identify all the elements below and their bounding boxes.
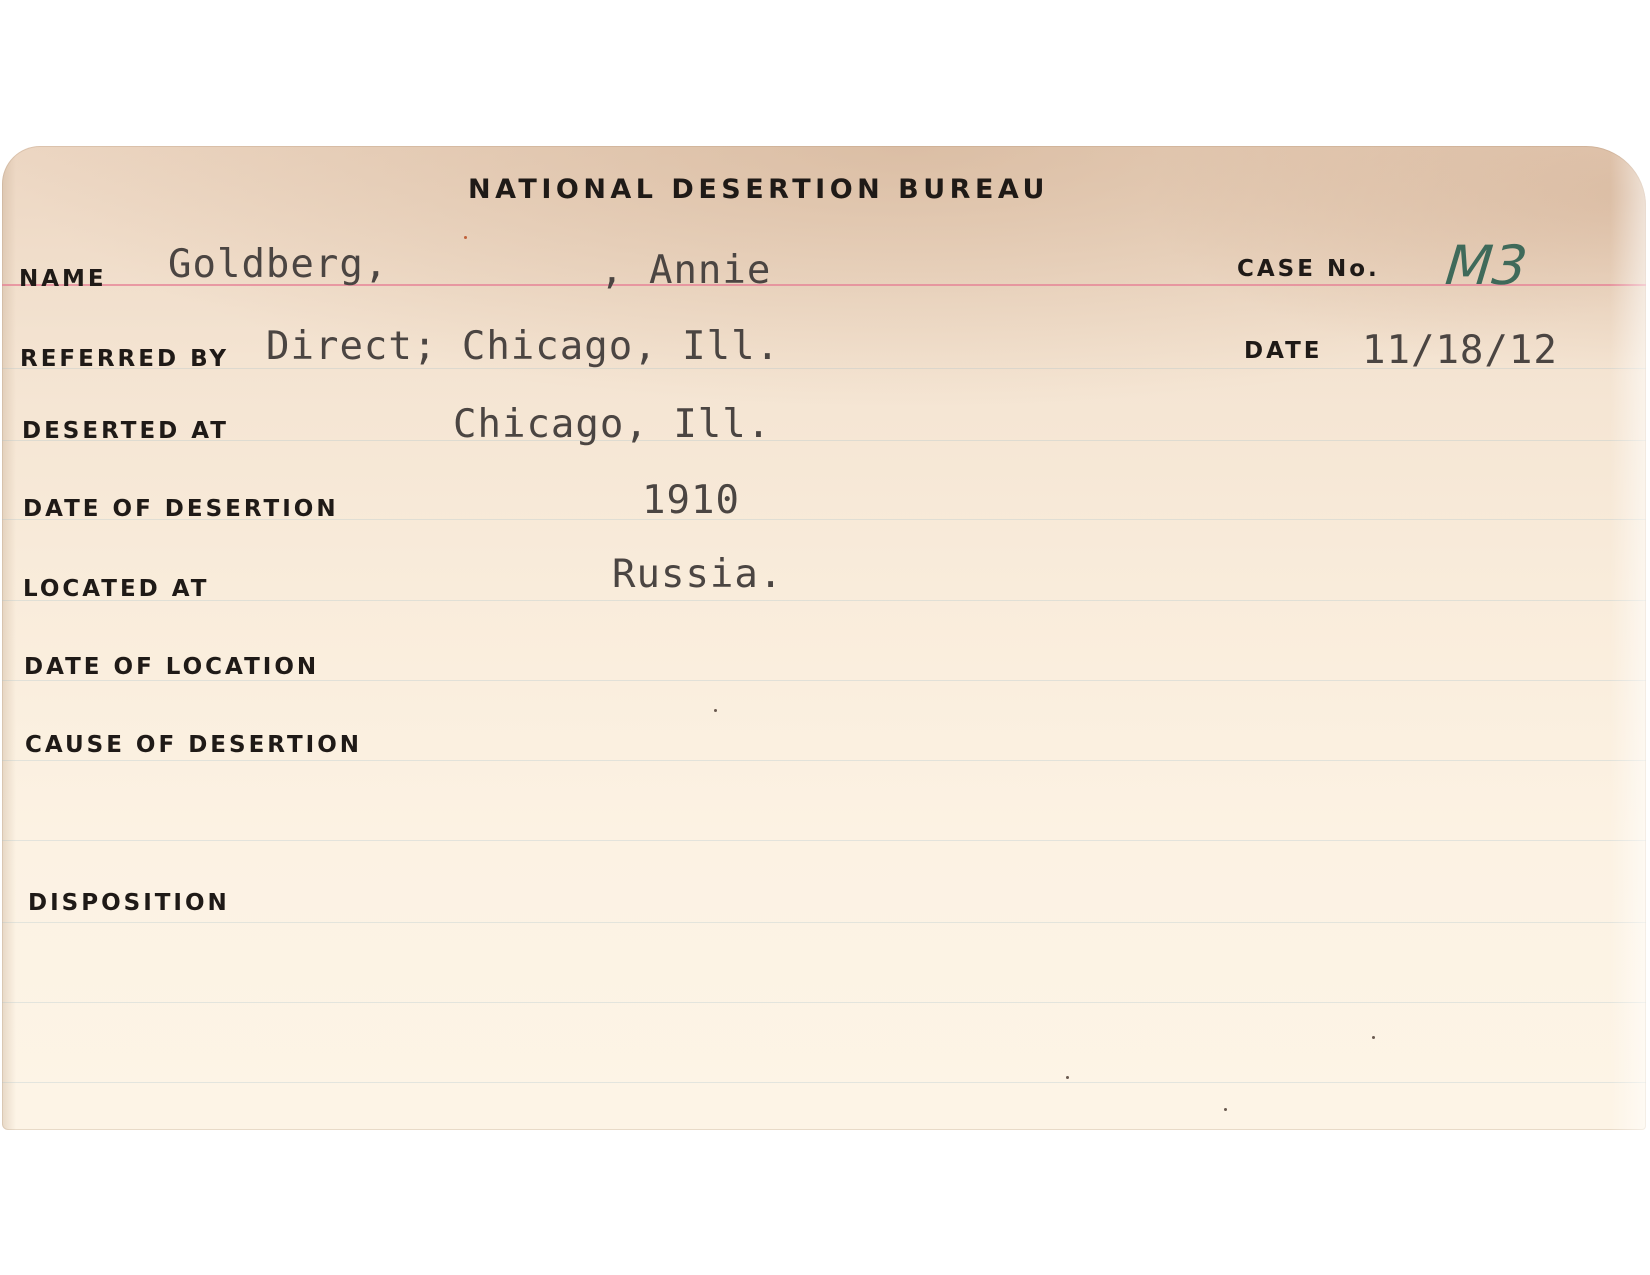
index-card: NATIONAL DESERTION BUREAU NAME Goldberg,… [2, 146, 1646, 1130]
rule-line [2, 440, 1646, 441]
located-at-value: Russia. [612, 552, 783, 597]
cause-of-desertion-label: CAUSE OF DESERTION [25, 732, 362, 758]
date-of-desertion-label: DATE OF DESERTION [23, 496, 339, 522]
rule-line [2, 600, 1646, 601]
date-label: DATE [1244, 338, 1323, 364]
speck [1066, 1076, 1069, 1079]
rule-line [2, 840, 1646, 841]
rule-line [2, 680, 1646, 681]
date-of-desertion-value: 1910 [642, 478, 740, 523]
rule-line [2, 760, 1646, 761]
referred-by-value: Direct; Chicago, Ill. [266, 324, 780, 369]
located-at-label: LOCATED AT [23, 576, 210, 602]
speck [464, 236, 467, 239]
surname-value: Goldberg, [168, 242, 388, 287]
name-label: NAME [19, 266, 107, 292]
case-no-label: CASE No. [1237, 256, 1380, 282]
card-title: NATIONAL DESERTION BUREAU [468, 174, 1049, 205]
referred-by-label: REFERRED BY [20, 346, 229, 372]
speck [1372, 1036, 1375, 1039]
deserted-at-label: DESERTED AT [22, 418, 229, 444]
disposition-label: DISPOSITION [28, 890, 230, 916]
case-no-value: M3 [1443, 234, 1531, 297]
speck [714, 709, 717, 712]
given-name-value: , Annie [600, 248, 771, 293]
deserted-at-value: Chicago, Ill. [453, 402, 771, 447]
rule-line [2, 1082, 1646, 1083]
rule-line [2, 922, 1646, 923]
date-value: 11/18/12 [1362, 328, 1558, 373]
rule-line [2, 1002, 1646, 1003]
speck [1224, 1108, 1227, 1111]
date-of-location-label: DATE OF LOCATION [24, 654, 319, 680]
